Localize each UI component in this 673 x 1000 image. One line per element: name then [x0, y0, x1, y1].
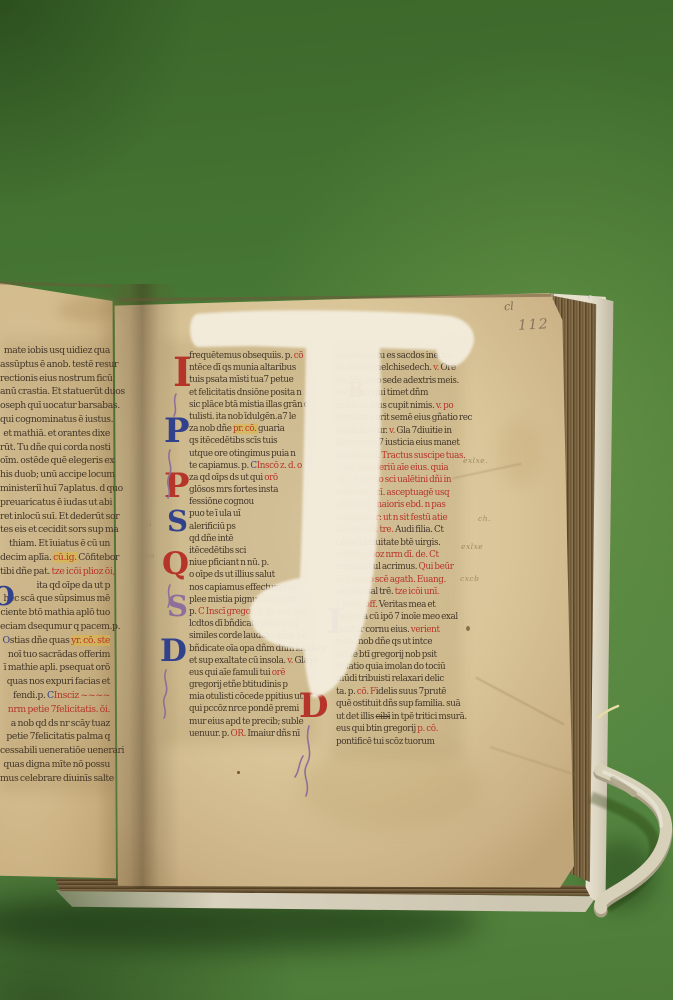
ribbon-graphics — [0, 0, 673, 1000]
photo-of-open-manuscript: mate iobis usq uidiez quaassūptus ē anob… — [0, 0, 673, 1000]
sewing-thread — [598, 706, 618, 718]
